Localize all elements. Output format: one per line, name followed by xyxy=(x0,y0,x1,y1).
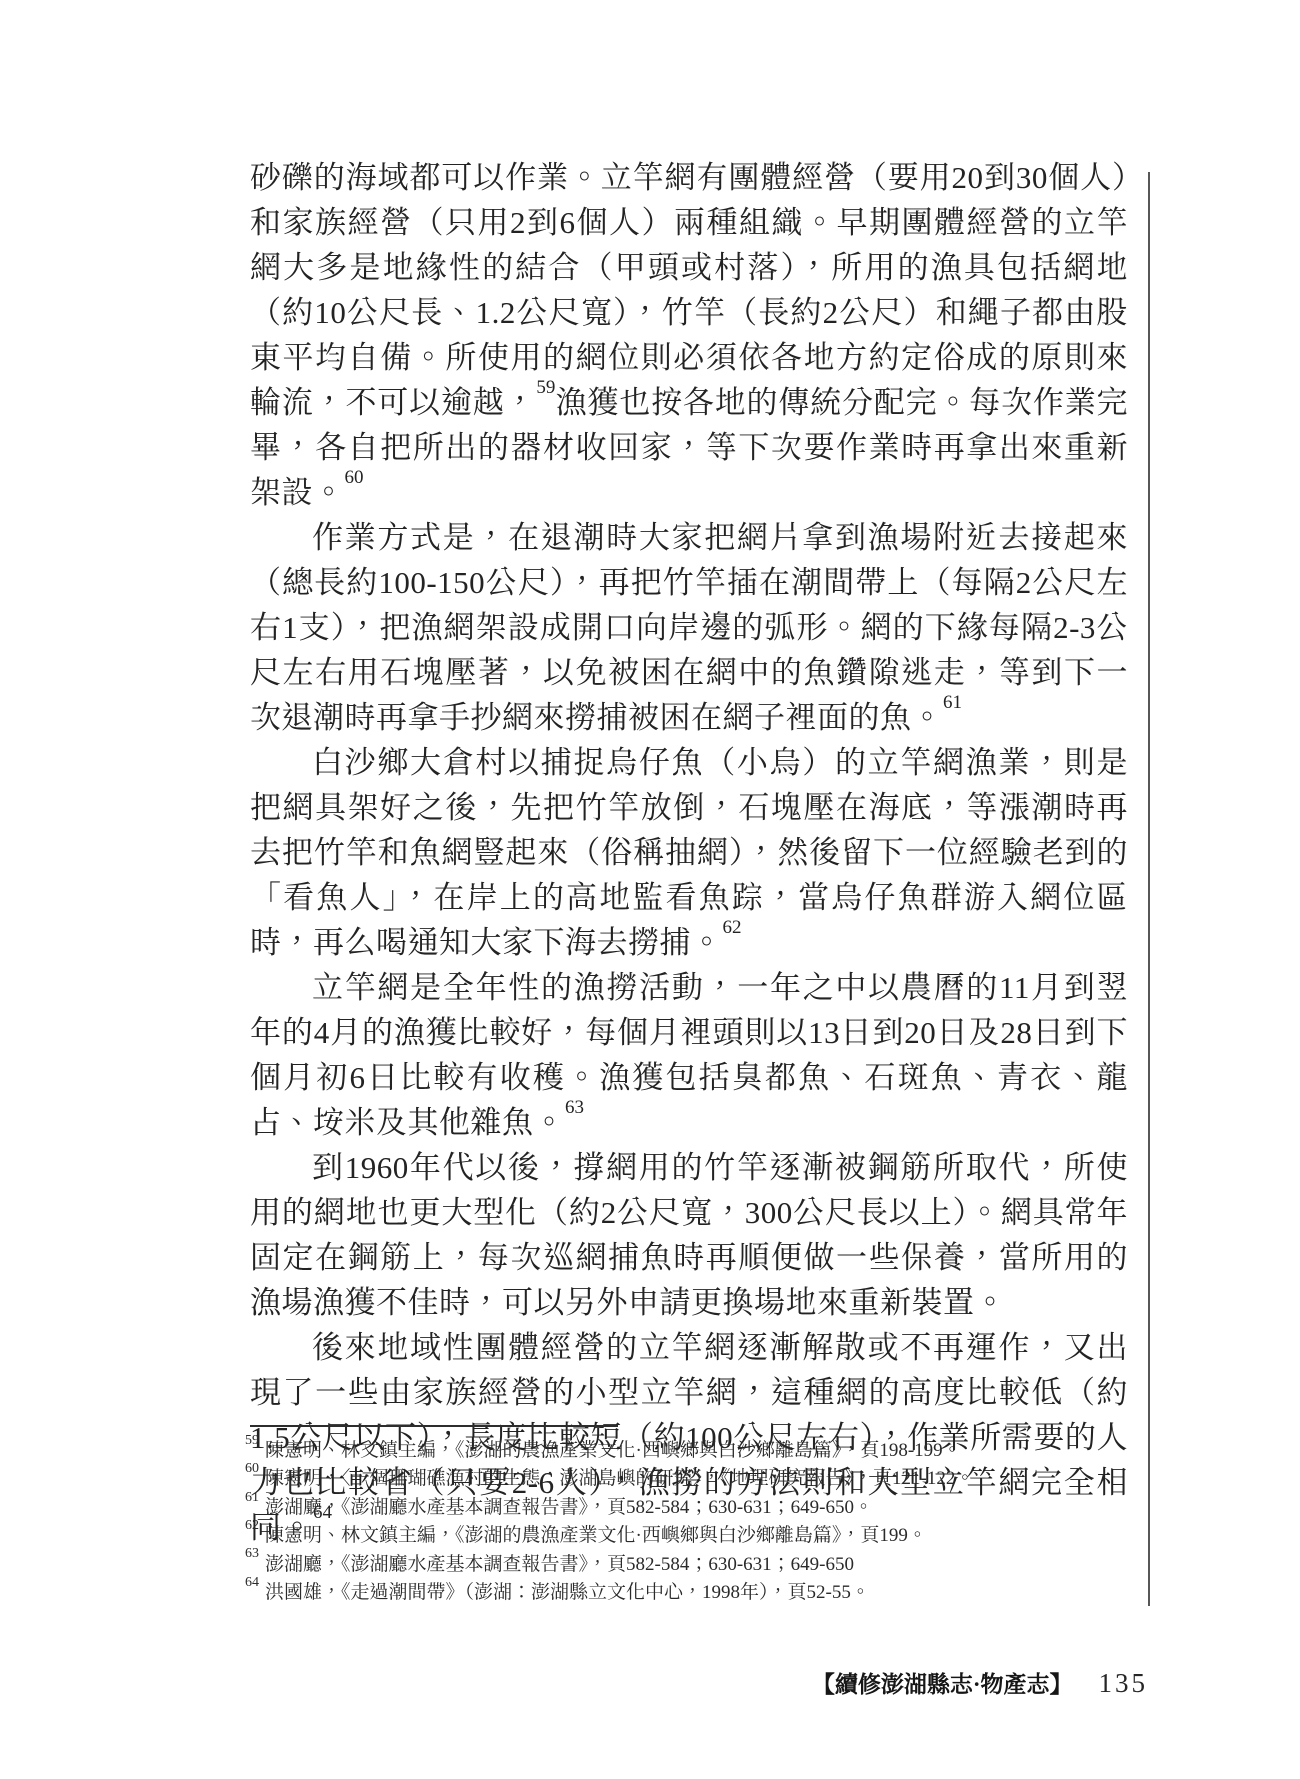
footnotes-block: 59陳憲明、林文鎮主編，《澎湖的農漁產業文化·西嶼鄉與白沙鄉離島篇》，頁198-… xyxy=(245,1437,1085,1607)
footnote-item: 64洪國雄，《走過潮間帶》（澎湖：澎湖縣立文化中心，1998年），頁52-55。 xyxy=(245,1579,1085,1607)
paragraph-text: 到1960年代以後，撐網用的竹竿逐漸被鋼筋所取代，所使用的網地也更大型化（約2公… xyxy=(250,1150,1128,1320)
footnote-separator xyxy=(250,1425,618,1427)
footnote-number: 59 xyxy=(245,1433,259,1448)
footnote-text: 陳憲明、林文鎮主編，《澎湖的農漁產業文化·西嶼鄉與白沙鄉離島篇》，頁199。 xyxy=(265,1525,927,1546)
page-number: 135 xyxy=(1099,1668,1149,1699)
footnote-ref: 59 xyxy=(536,377,555,398)
footnote-number: 63 xyxy=(245,1546,259,1561)
footnote-text: 陳憲明，〈一個珊瑚礁漁村的生態：澎湖島嶼的研究〉，《地理研究報告》，頁121-1… xyxy=(265,1468,974,1489)
footnote-number: 64 xyxy=(245,1575,259,1590)
footnote-item: 62陳憲明、林文鎮主編，《澎湖的農漁產業文化·西嶼鄉與白沙鄉離島篇》，頁199。 xyxy=(245,1522,1085,1550)
paragraph: 到1960年代以後，撐網用的竹竿逐漸被鋼筋所取代，所使用的網地也更大型化（約2公… xyxy=(250,1145,1128,1325)
footnote-ref: 63 xyxy=(565,1097,584,1118)
footnote-item: 63澎湖廳，《澎湖廳水產基本調查報告書》，頁582-584；630-631；64… xyxy=(245,1551,1085,1579)
footnote-text: 陳憲明、林文鎮主編，《澎湖的農漁產業文化·西嶼鄉與白沙鄉離島篇》，頁198-19… xyxy=(265,1440,962,1461)
footnote-number: 61 xyxy=(245,1490,259,1505)
paragraph: 砂礫的海域都可以作業。立竿網有團體經營（要用20到30個人）和家族經營（只用2到… xyxy=(250,155,1128,515)
paragraph-text: 白沙鄉大倉村以捕捉烏仔魚（小烏）的立竿網漁業，則是把網具架好之後，先把竹竿放倒，… xyxy=(250,745,1128,960)
paragraph: 白沙鄉大倉村以捕捉烏仔魚（小烏）的立竿網漁業，則是把網具架好之後，先把竹竿放倒，… xyxy=(250,740,1128,965)
footnote-ref: 60 xyxy=(345,467,364,488)
footnote-text: 洪國雄，《走過潮間帶》（澎湖：澎湖縣立文化中心，1998年），頁52-55。 xyxy=(265,1582,870,1603)
footnote-item: 59陳憲明、林文鎮主編，《澎湖的農漁產業文化·西嶼鄉與白沙鄉離島篇》，頁198-… xyxy=(245,1437,1085,1465)
paragraph: 作業方式是，在退潮時大家把網片拿到漁場附近去接起來（總長約100-150公尺），… xyxy=(250,515,1128,740)
body-text-block: 砂礫的海域都可以作業。立竿網有團體經營（要用20到30個人）和家族經營（只用2到… xyxy=(250,155,1128,1550)
footnote-item: 60陳憲明，〈一個珊瑚礁漁村的生態：澎湖島嶼的研究〉，《地理研究報告》，頁121… xyxy=(245,1465,1085,1493)
page-footer: 【續修澎湖縣志·物產志】 135 xyxy=(812,1666,1148,1699)
paragraph-text: 立竿網是全年性的漁撈活動，一年之中以農曆的11月到翌年的4月的漁獲比較好，每個月… xyxy=(250,970,1128,1140)
footnote-ref: 61 xyxy=(943,692,962,713)
footnote-item: 61澎湖廳，《澎湖廳水產基本調查報告書》，頁582-584；630-631；64… xyxy=(245,1494,1085,1522)
footnote-ref: 62 xyxy=(723,917,742,938)
footnote-text: 澎湖廳，《澎湖廳水產基本調查報告書》，頁582-584；630-631；649-… xyxy=(265,1497,873,1518)
footnote-number: 62 xyxy=(245,1518,259,1533)
book-title: 【續修澎湖縣志·物產志】 xyxy=(812,1666,1073,1699)
paragraph-text: 作業方式是，在退潮時大家把網片拿到漁場附近去接起來（總長約100-150公尺），… xyxy=(250,520,1128,735)
footnote-number: 60 xyxy=(245,1461,259,1476)
page-edge-line xyxy=(1148,172,1150,1606)
paragraph-text: 砂礫的海域都可以作業。立竿網有團體經營（要用20到30個人）和家族經營（只用2到… xyxy=(250,160,1128,420)
document-page: 砂礫的海域都可以作業。立竿網有團體經營（要用20到30個人）和家族經營（只用2到… xyxy=(0,0,1300,1779)
paragraph: 立竿網是全年性的漁撈活動，一年之中以農曆的11月到翌年的4月的漁獲比較好，每個月… xyxy=(250,965,1128,1145)
footnote-text: 澎湖廳，《澎湖廳水產基本調查報告書》，頁582-584；630-631；649-… xyxy=(265,1554,854,1575)
